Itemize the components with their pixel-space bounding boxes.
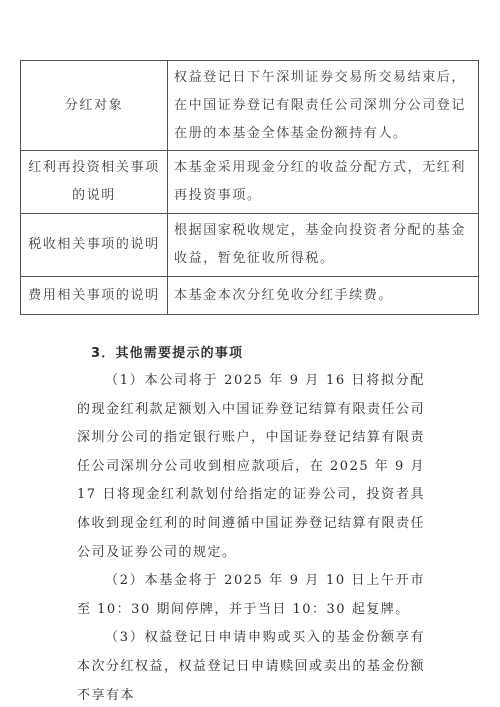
paragraph-2: （2）本基金将于 2025 年 9 月 10 日上午开市至 10：30 期间停牌… <box>77 567 425 624</box>
document-page: 分红对象 权益登记日下午深圳证券交易所交易结束后，在中国证券登记有限责任公司深圳… <box>0 0 500 707</box>
table-row-reinvestment: 红利再投资相关事项的说明 本基金采用现金分红的收益分配方式，无红利再投资事项。 <box>21 151 479 214</box>
row-label: 分红对象 <box>21 61 168 151</box>
paragraph-1: （1）本公司将于 2025 年 9 月 16 日将拟分配的现金红利款足额划入中国… <box>77 367 425 567</box>
row-label: 红利再投资相关事项的说明 <box>21 151 168 214</box>
table-row-tax: 税收相关事项的说明 根据国家税收规定，基金向投资者分配的基金收益，暂免征收所得税… <box>21 214 479 277</box>
dividend-info-table: 分红对象 权益登记日下午深圳证券交易所交易结束后，在中国证券登记有限责任公司深圳… <box>20 60 479 315</box>
paragraph-3: （3）权益登记日申请申购或买入的基金份额享有本次分红权益，权益登记日申请赎回或卖… <box>77 624 425 707</box>
row-value: 本基金本次分红免收分红手续费。 <box>168 277 479 315</box>
table-row-fees: 费用相关事项的说明 本基金本次分红免收分红手续费。 <box>21 277 479 315</box>
other-notes-section: 3．其他需要提示的事项 （1）本公司将于 2025 年 9 月 16 日将拟分配… <box>77 340 425 707</box>
row-label: 费用相关事项的说明 <box>21 277 168 315</box>
row-value: 本基金采用现金分红的收益分配方式，无红利再投资事项。 <box>168 151 479 214</box>
row-value: 权益登记日下午深圳证券交易所交易结束后，在中国证券登记有限责任公司深圳分公司登记… <box>168 61 479 151</box>
row-value: 根据国家税收规定，基金向投资者分配的基金收益，暂免征收所得税。 <box>168 214 479 277</box>
section-heading: 3．其他需要提示的事项 <box>91 340 425 367</box>
table-row-dividend-target: 分红对象 权益登记日下午深圳证券交易所交易结束后，在中国证券登记有限责任公司深圳… <box>21 61 479 151</box>
row-label: 税收相关事项的说明 <box>21 214 168 277</box>
